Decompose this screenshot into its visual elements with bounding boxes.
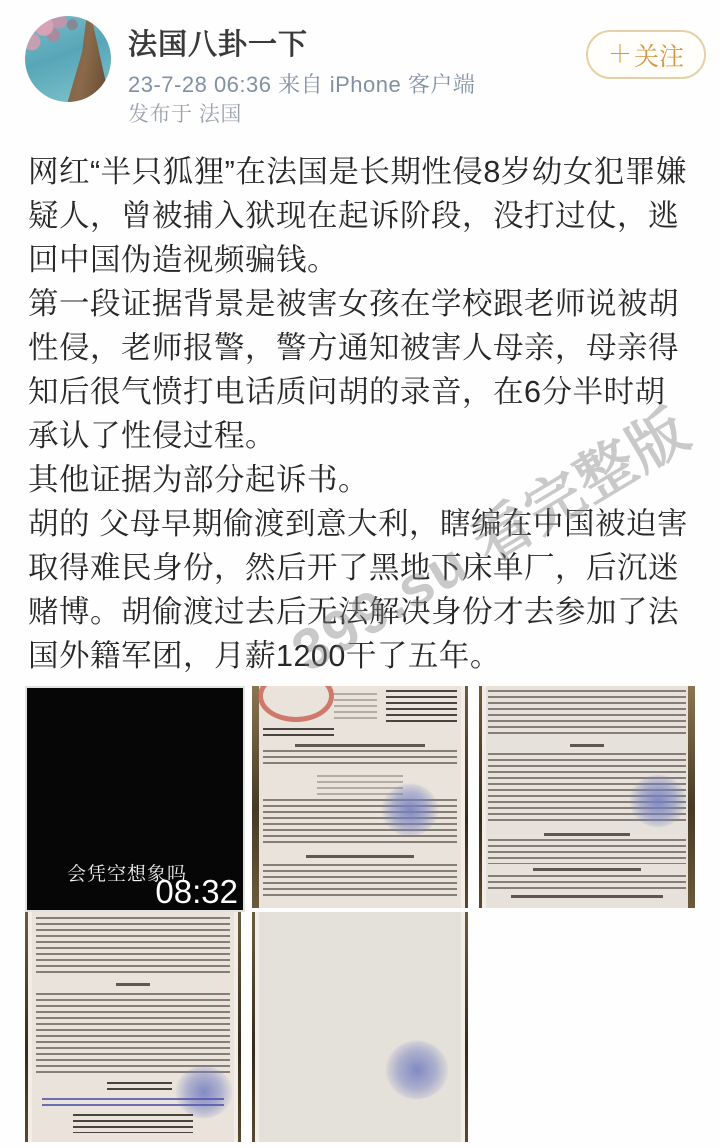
paragraph: 网红“半只狐狸”在法国是长期性侵8岁幼女犯罪嫌疑人，曾被捕入狱现在起诉阶段，没打… xyxy=(28,150,696,282)
paper-edge xyxy=(252,912,255,1142)
paragraph: 第一段证据背景是被害女孩在学校跟老师说被胡性侵，老师报警，警方通知被害人母亲，母… xyxy=(28,282,696,458)
plus-icon: ＋ xyxy=(608,43,632,67)
weibo-post-screenshot: 法国八卦一下 23-7-28 06:36 来自 iPhone 客户端 发布于 法… xyxy=(0,0,720,1148)
official-stamp xyxy=(630,775,686,827)
paper-edge xyxy=(238,912,241,1142)
document-text-lines xyxy=(36,993,230,1076)
blossom-decoration xyxy=(25,16,111,102)
document-heading xyxy=(306,855,414,858)
document-heading xyxy=(116,983,151,986)
document-photo-3[interactable] xyxy=(25,912,241,1142)
document-text-lines xyxy=(488,839,687,863)
document-photo-2[interactable] xyxy=(479,686,695,908)
follow-label: 关注 xyxy=(634,37,684,73)
document-text-lines xyxy=(386,690,457,723)
document-photo-4[interactable] xyxy=(252,912,468,1142)
document-text-lines xyxy=(42,1098,223,1107)
official-stamp xyxy=(382,784,438,836)
paper-sheet xyxy=(259,912,461,1142)
video-duration: 08:32 xyxy=(155,874,238,910)
document-heading xyxy=(570,744,605,747)
document-heading xyxy=(533,868,641,871)
paper-edge xyxy=(465,686,468,908)
document-text-lines xyxy=(263,864,457,900)
author-name[interactable]: 法国八卦一下 xyxy=(128,28,308,62)
document-text-lines xyxy=(263,728,334,739)
document-footer-block xyxy=(73,1114,194,1132)
document-text-lines xyxy=(36,917,230,975)
avatar[interactable] xyxy=(25,16,111,102)
video-thumbnail[interactable]: 会凭空想象吗 08:32 xyxy=(25,686,245,912)
official-stamp xyxy=(176,1066,232,1118)
publish-location: 发布于 法国 xyxy=(128,102,242,127)
paper-edge xyxy=(688,686,695,908)
post-text: 网红“半只狐狸”在法国是长期性侵8岁幼女犯罪嫌疑人，曾被捕入狱现在起诉阶段，没打… xyxy=(28,150,696,678)
document-photo-1[interactable] xyxy=(252,686,468,908)
paper-edge xyxy=(25,912,28,1142)
follow-button[interactable]: ＋ 关注 xyxy=(586,30,706,79)
document-footer-line xyxy=(511,895,662,898)
document-signature-block xyxy=(107,1082,172,1091)
official-stamp xyxy=(386,1041,448,1099)
paper-edge xyxy=(465,912,468,1142)
paragraph: 胡的 父母早期偷渡到意大利，瞎编在中国被迫害取得难民身份，然后开了黑地下床单厂，… xyxy=(28,502,696,678)
document-text-lines xyxy=(263,750,457,768)
paragraph: 其他证据为部分起诉书。 xyxy=(28,458,696,502)
document-text-lines xyxy=(488,875,687,891)
paper-edge xyxy=(252,686,259,908)
paper-edge xyxy=(479,686,482,908)
document-heading xyxy=(544,833,630,836)
document-text-lines xyxy=(488,690,687,737)
post-timestamp-source: 23-7-28 06:36 来自 iPhone 客户端 xyxy=(128,72,475,98)
document-text-lines xyxy=(334,693,377,722)
document-heading xyxy=(295,744,425,747)
